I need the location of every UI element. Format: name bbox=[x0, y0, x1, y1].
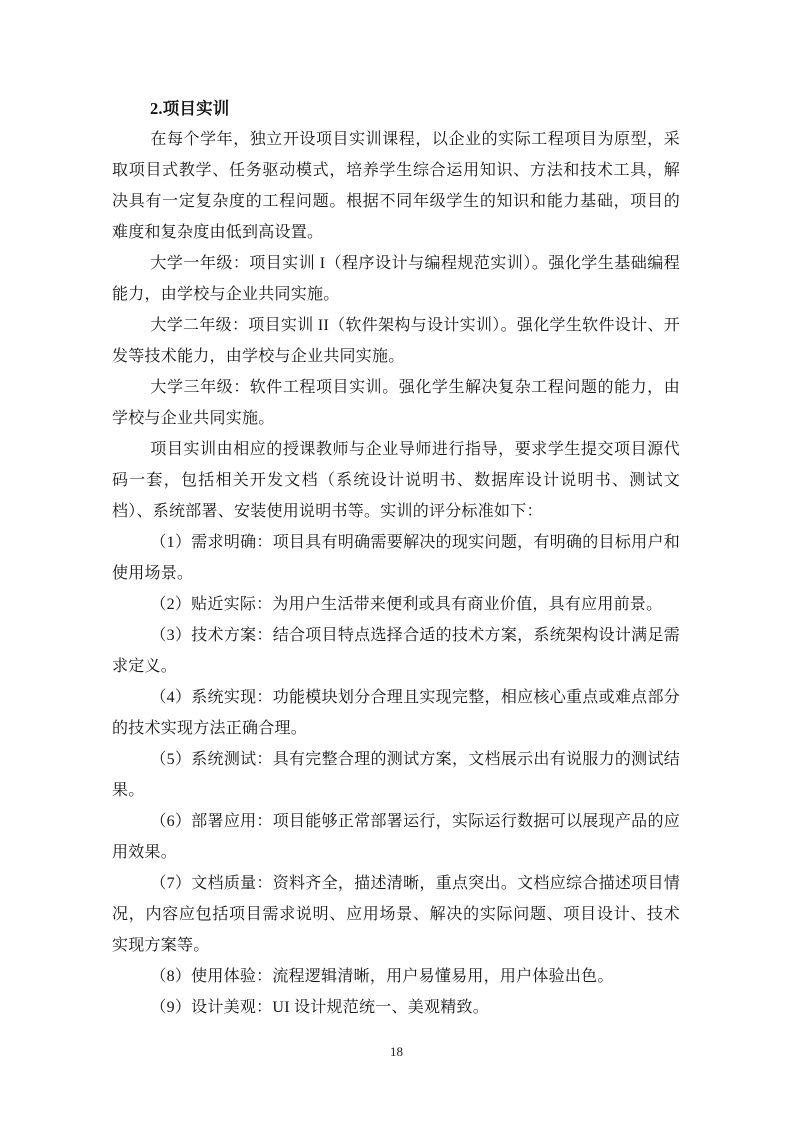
paragraph: 大学一年级：项目实训 I（程序设计与编程规范实训）。强化学生基础编程能力，由学校… bbox=[112, 248, 680, 310]
paragraph: （1）需求明确：项目具有明确需要解决的现实问题，有明确的目标用户和使用场景。 bbox=[112, 527, 680, 589]
paragraph: （7）文档质量：资料齐全，描述清晰，重点突出。文档应综合描述项目情况，内容应包括… bbox=[112, 868, 680, 961]
paragraph: （4）系统实现：功能模块划分合理且实现完整，相应核心重点或难点部分的技术实现方法… bbox=[112, 682, 680, 744]
paragraph: （2）贴近实际：为用户生活带来便利或具有商业价值，具有应用前景。 bbox=[112, 589, 680, 620]
section-heading: 2.项目实训 bbox=[112, 93, 680, 124]
page-number: 18 bbox=[0, 1043, 793, 1061]
paragraph: （9）设计美观：UI 设计规范统一、美观精致。 bbox=[112, 992, 680, 1023]
paragraph: （3）技术方案：结合项目特点选择合适的技术方案，系统架构设计满足需求定义。 bbox=[112, 620, 680, 682]
document-page: 2.项目实训 在每个学年，独立开设项目实训课程，以企业的实际工程项目为原型，采取… bbox=[0, 0, 793, 1122]
paragraph-container: 在每个学年，独立开设项目实训课程，以企业的实际工程项目为原型，采取项目式教学、任… bbox=[112, 124, 680, 1023]
paragraph: （6）部署应用：项目能够正常部署运行，实际运行数据可以展现产品的应用效果。 bbox=[112, 806, 680, 868]
paragraph: 大学二年级：项目实训 II（软件架构与设计实训）。强化学生软件设计、开发等技术能… bbox=[112, 310, 680, 372]
paragraph: （5）系统测试：具有完整合理的测试方案，文档展示出有说服力的测试结果。 bbox=[112, 744, 680, 806]
paragraph: （8）使用体验：流程逻辑清晰，用户易懂易用，用户体验出色。 bbox=[112, 961, 680, 992]
paragraph: 在每个学年，独立开设项目实训课程，以企业的实际工程项目为原型，采取项目式教学、任… bbox=[112, 124, 680, 248]
paragraph: 项目实训由相应的授课教师与企业导师进行指导，要求学生提交项目源代码一套，包括相关… bbox=[112, 434, 680, 527]
paragraph: 大学三年级：软件工程项目实训。强化学生解决复杂工程问题的能力，由学校与企业共同实… bbox=[112, 372, 680, 434]
document-body: 2.项目实训 在每个学年，独立开设项目实训课程，以企业的实际工程项目为原型，采取… bbox=[112, 93, 680, 1023]
